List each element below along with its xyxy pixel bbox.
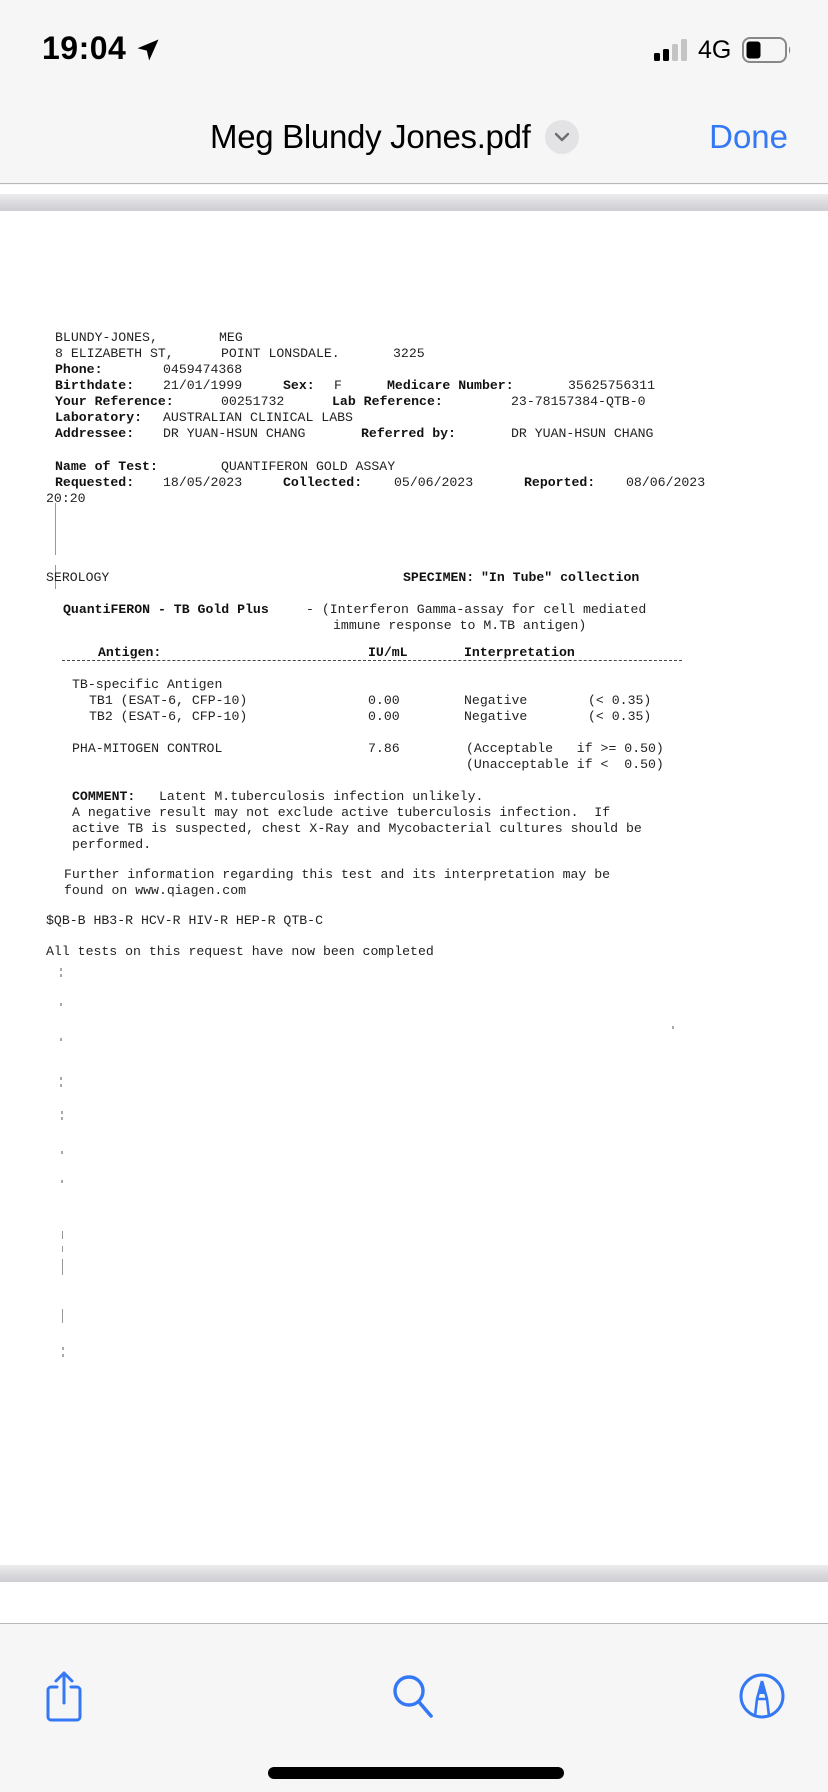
done-button[interactable]: Done: [709, 118, 788, 156]
share-icon: [42, 1669, 86, 1723]
patient-surname: BLUNDY-JONES,: [55, 330, 158, 346]
row-range: (< 0.35): [588, 693, 651, 709]
requested-label: Requested:: [55, 475, 134, 490]
scan-artifact: [61, 1151, 63, 1154]
assay-description-1: - (Interferon Gamma-assay for cell media…: [306, 602, 646, 618]
patient-birthdate: 21/01/1999: [163, 378, 242, 394]
row-antigen: TB2 (ESAT-6, CFP-10): [89, 709, 247, 725]
comment-line-1: Latent M.tuberculosis infection unlikely…: [159, 789, 483, 805]
referred-by: DR YUAN-HSUN CHANG: [511, 426, 653, 442]
title-menu-button[interactable]: [545, 120, 579, 154]
scan-artifact: [62, 1246, 63, 1252]
assay-name: QuantiFERON - TB Gold Plus: [63, 602, 269, 617]
lab-reference: 23-78157384-QTB-0: [511, 394, 646, 410]
comment-line-2: A negative result may not exclude active…: [72, 805, 610, 821]
lab-reference-label: Lab Reference:: [332, 394, 443, 409]
col-header-interpretation: Interpretation: [464, 645, 575, 660]
patient-given-name: MEG: [219, 330, 243, 346]
home-indicator[interactable]: [268, 1767, 564, 1779]
control-value: 7.86: [368, 741, 400, 757]
patient-suburb: POINT LONSDALE.: [221, 346, 340, 362]
scan-artifact: [61, 1111, 63, 1114]
control-unacceptable: (Unacceptable if < 0.50): [466, 757, 664, 773]
comment-line-4: performed.: [72, 837, 151, 853]
test-codes: $QB-B HB3-R HCV-R HIV-R HEP-R QTB-C: [46, 913, 323, 929]
row-value: 0.00: [368, 693, 400, 709]
scan-artifact: [62, 1309, 63, 1323]
specimen-value: "In Tube" collection: [481, 570, 639, 585]
further-info-line-2: found on www.qiagen.com: [64, 883, 246, 899]
scan-artifact: [672, 1026, 674, 1029]
page-separator: [0, 1565, 828, 1582]
scan-artifact: [62, 1354, 64, 1357]
birthdate-label: Birthdate:: [55, 378, 134, 393]
pdf-page: BLUNDY-JONES, MEG 8 ELIZABETH ST, POINT …: [0, 211, 828, 1565]
cellular-signal-icon: [653, 38, 691, 62]
comment-label: COMMENT:: [72, 789, 135, 804]
your-reference: 00251732: [221, 394, 284, 410]
reported-time: 20:20: [46, 491, 86, 507]
markup-button[interactable]: [732, 1666, 792, 1726]
addressee-label: Addressee:: [55, 426, 134, 441]
scan-artifact: [60, 974, 62, 977]
scan-artifact: [62, 1259, 63, 1275]
test-name-label: Name of Test:: [55, 459, 158, 474]
row-interpretation: Negative: [464, 709, 527, 725]
scan-artifact: [60, 1038, 62, 1041]
network-type: 4G: [698, 36, 731, 65]
section-title: SEROLOGY: [46, 570, 109, 586]
collected-label: Collected:: [283, 475, 362, 490]
pdf-viewer[interactable]: BLUNDY-JONES, MEG 8 ELIZABETH ST, POINT …: [0, 185, 828, 1623]
document-title-menu[interactable]: Meg Blundy Jones.pdf: [210, 118, 579, 156]
test-name: QUANTIFERON GOLD ASSAY: [221, 459, 395, 475]
location-arrow-icon: [134, 36, 162, 64]
document-title: Meg Blundy Jones.pdf: [210, 118, 531, 156]
row-antigen: TB1 (ESAT-6, CFP-10): [89, 693, 247, 709]
your-reference-label: Your Reference:: [55, 394, 174, 409]
navigation-bar: Meg Blundy Jones.pdf Done: [0, 100, 828, 184]
patient-medicare: 35625756311: [568, 378, 655, 394]
scan-artifact: [61, 1117, 63, 1120]
reported-label: Reported:: [524, 475, 595, 490]
sex-label: Sex:: [283, 378, 315, 393]
patient-phone: 0459474368: [163, 362, 242, 378]
comment-line-3: active TB is suspected, chest X-Ray and …: [72, 821, 642, 837]
control-acceptable: (Acceptable if >= 0.50): [466, 741, 664, 757]
row-range: (< 0.35): [588, 709, 651, 725]
row-value: 0.00: [368, 709, 400, 725]
assay-description-2: immune response to M.TB antigen): [333, 618, 586, 634]
medicare-label: Medicare Number:: [387, 378, 514, 393]
scan-artifact: [60, 968, 62, 971]
scan-artifact: [60, 1077, 62, 1080]
addressee: DR YUAN-HSUN CHANG: [163, 426, 305, 442]
completion-status: All tests on this request have now been …: [46, 944, 434, 960]
scan-artifact: [60, 1003, 62, 1006]
specimen-label: SPECIMEN:: [403, 570, 474, 585]
col-header-antigen: Antigen:: [98, 645, 161, 660]
reported-date: 08/06/2023: [626, 475, 705, 491]
table-divider: [62, 660, 682, 662]
battery-icon: [742, 37, 792, 63]
col-header-iuml: IU/mL: [368, 645, 408, 660]
requested-date: 18/05/2023: [163, 475, 242, 491]
status-bar: 19:04 4G: [0, 0, 828, 100]
collected-date: 05/06/2023: [394, 475, 473, 491]
scan-artifact: [55, 503, 56, 555]
antigen-group-label: TB-specific Antigen: [72, 677, 222, 693]
further-info-line-1: Further information regarding this test …: [64, 867, 610, 883]
patient-postcode: 3225: [393, 346, 425, 362]
scan-artifact: [61, 1180, 63, 1183]
status-time: 19:04: [42, 30, 126, 67]
scan-artifact: [62, 1231, 63, 1239]
laboratory: AUSTRALIAN CLINICAL LABS: [163, 410, 353, 426]
scan-artifact: [60, 1084, 62, 1087]
patient-sex: F: [334, 378, 342, 394]
share-button[interactable]: [34, 1666, 94, 1726]
control-antigen: PHA-MITOGEN CONTROL: [72, 741, 222, 757]
chevron-down-icon: [553, 131, 571, 143]
search-button[interactable]: [384, 1666, 444, 1726]
phone-label: Phone:: [55, 362, 102, 377]
page-separator: [0, 194, 828, 211]
row-interpretation: Negative: [464, 693, 527, 709]
scan-artifact: [62, 1347, 64, 1350]
laboratory-label: Laboratory:: [55, 410, 142, 425]
markup-icon: [738, 1672, 786, 1720]
search-icon: [390, 1672, 438, 1720]
patient-street: 8 ELIZABETH ST,: [55, 346, 174, 362]
bottom-toolbar: [0, 1623, 828, 1792]
referred-by-label: Referred by:: [361, 426, 456, 441]
